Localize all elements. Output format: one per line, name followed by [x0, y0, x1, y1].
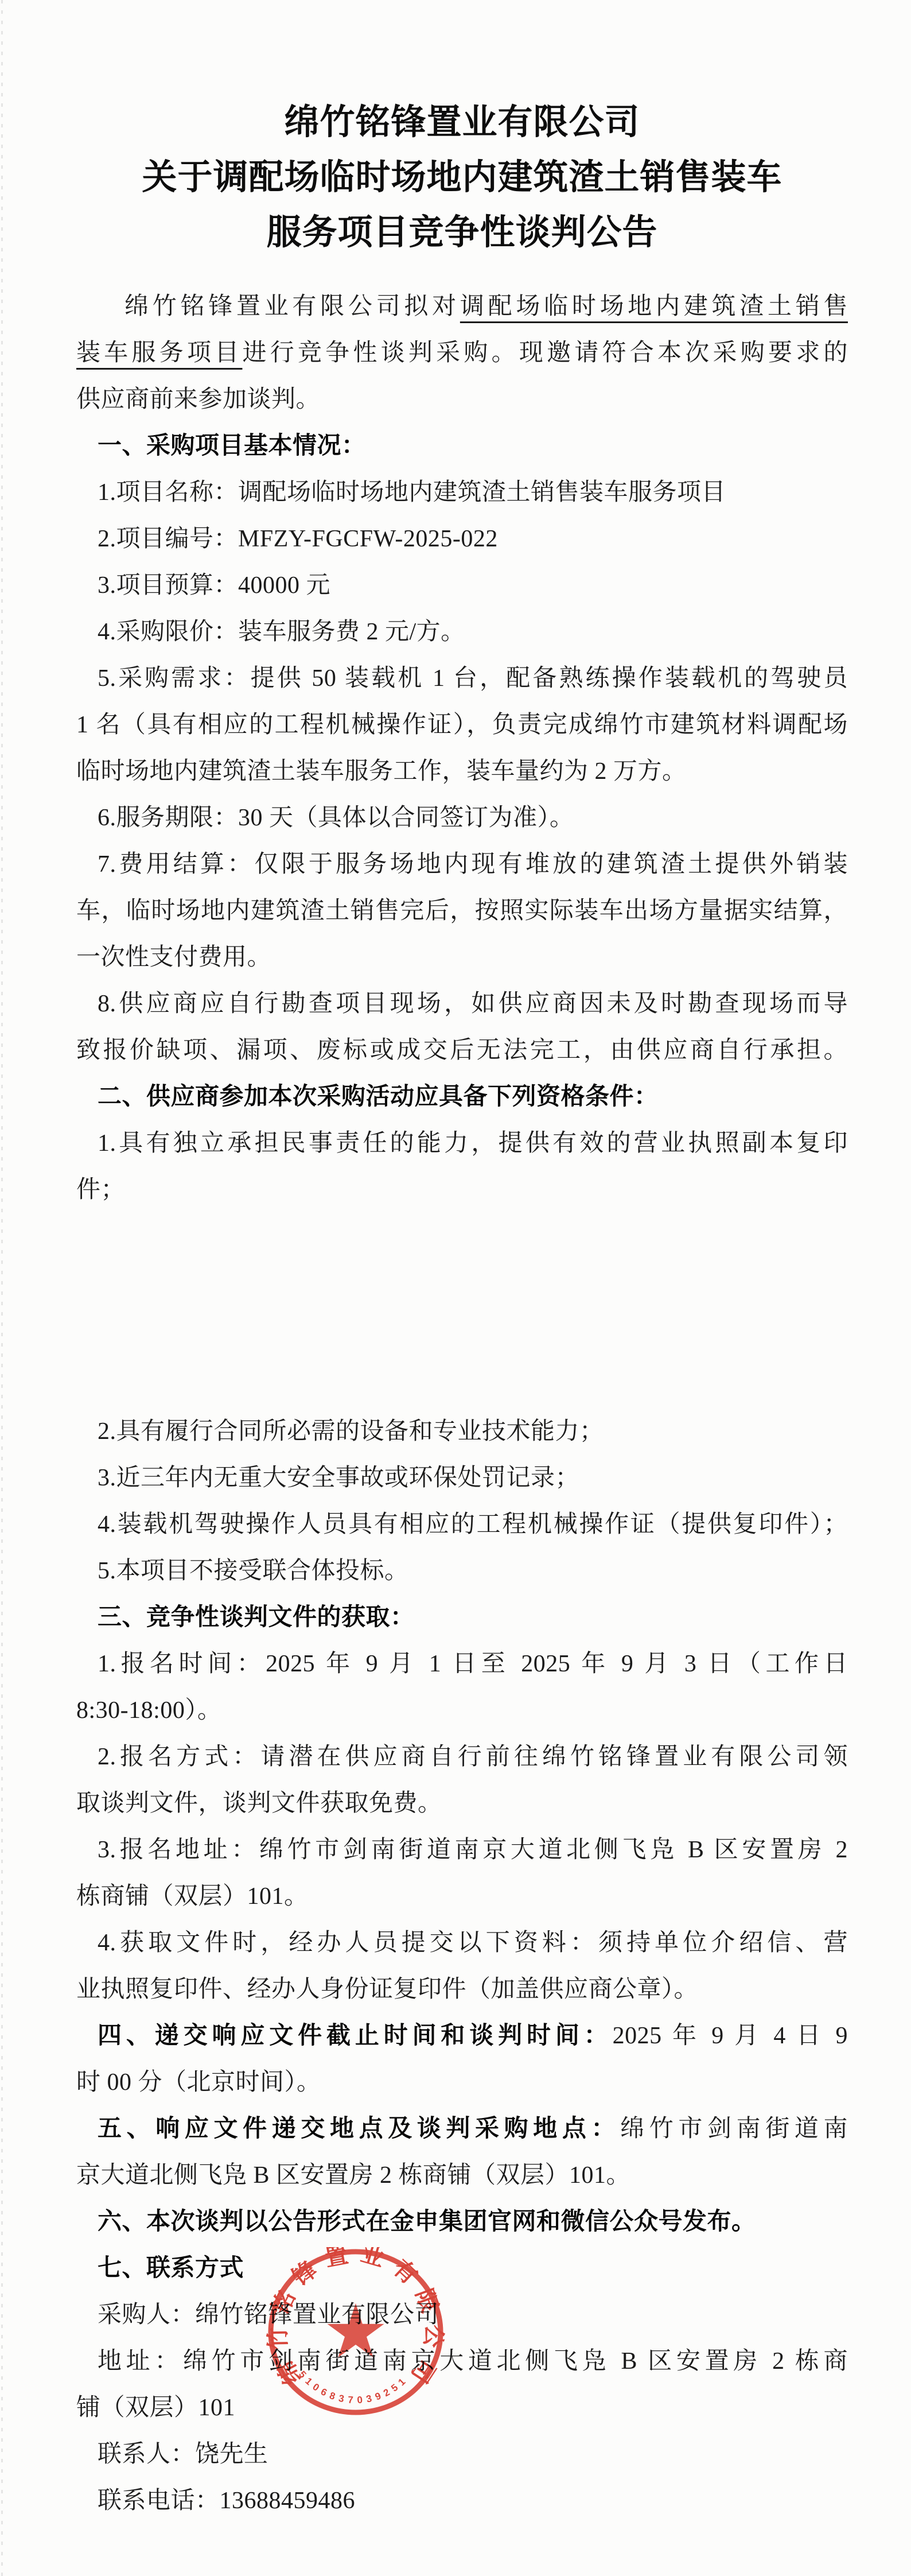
text-segment: 二、供应商参加本次采购活动应具备下列资格条件：	[98, 1084, 659, 1110]
text-segment: 绵竹铭锋置业有限公司	[284, 103, 640, 142]
text-line: 采购人：绵竹铭锋置业有限公司	[76, 2292, 848, 2338]
text-segment: 七、联系方式	[98, 2255, 244, 2282]
document-title-line: 绵竹铭锋置业有限公司	[76, 95, 848, 150]
text-segment: 车，临时场地内建筑渣土销售完后，按照实际装车出场方量据实结算，	[76, 898, 848, 924]
page-gap	[76, 261, 848, 284]
text-line: 4.采购限价：装车服务费 2 元/方。	[76, 609, 848, 655]
company-seal-stamp: 绵竹铭锋置业有限公司 5106837039251	[266, 2247, 445, 2417]
text-line: 4.装载机驾驶操作人员具有相应的工程机械操作证（提供复印件）；	[76, 1502, 848, 1548]
text-segment: 8.供应商应自行勘查项目现场，如供应商因未及时勘查现场而导	[98, 991, 848, 1017]
text-line: 装车服务项目进行竞争性谈判采购。现邀请符合本次采购要求的	[76, 330, 848, 377]
text-segment: 3.近三年内无重大安全事故或环保处罚记录；	[98, 1465, 579, 1491]
page-gap	[76, 1213, 848, 1409]
text-segment: 关于调配场临时场地内建筑渣土销售装车	[142, 158, 782, 197]
text-segment: 1.报名时间：2025 年 9 月 1 日至 2025 年 9 月 3 日（工作…	[98, 1651, 848, 1677]
text-line: 七、联系方式	[76, 2245, 848, 2292]
text-segment: 地址：绵竹市剑南街道南京大道北侧飞凫 B 区安置房 2 栋商	[98, 2348, 848, 2375]
text-line: 件；	[76, 1167, 848, 1213]
text-segment: 致报价缺项、漏项、废标或成交后无法完工，由供应商自行承担。	[76, 1037, 848, 1064]
text-line: 6.服务期限：30 天（具体以合同签订为准）。	[76, 795, 848, 841]
text-segment: 1.项目名称：调配场临时场地内建筑渣土销售装车服务项目	[98, 479, 726, 506]
text-line: 5.采购需求：提供 50 装载机 1 台，配备熟练操作装载机的驾驶员	[76, 655, 848, 702]
text-segment: 一次性支付费用。	[76, 944, 271, 971]
text-segment: 3.项目预算：40000 元	[98, 572, 330, 599]
text-segment: 供应商前来参加谈判。	[76, 386, 320, 413]
text-segment: 6.服务期限：30 天（具体以合同签订为准）。	[98, 805, 574, 831]
text-line: 京大道北侧飞凫 B 区安置房 2 栋商铺（双层）101。	[76, 2152, 848, 2199]
text-segment: 业执照复印件、经办人身份证复印件（加盖供应商公章）。	[76, 1976, 698, 2003]
underlined-text: 装车服务项目	[76, 340, 242, 366]
text-segment: 2025 年 9 月 4 日 9	[613, 2023, 848, 2049]
text-segment: 2.项目编号：MFZY-FGCFW-2025-022	[98, 526, 498, 552]
text-line: 2.报名方式：请潜在供应商自行前往绵竹铭锋置业有限公司领	[76, 1734, 848, 1780]
text-line: 绵竹铭锋置业有限公司拟对调配场临时场地内建筑渣土销售	[76, 284, 848, 330]
text-line: 联系电话：13688459486	[76, 2478, 848, 2524]
text-line: 1.报名时间：2025 年 9 月 1 日至 2025 年 9 月 3 日（工作…	[76, 1641, 848, 1687]
text-line: 8:30-18:00）。	[76, 1687, 848, 1734]
document-title-line: 关于调配场临时场地内建筑渣土销售装车	[76, 150, 848, 205]
text-line: 3.项目预算：40000 元	[76, 562, 848, 609]
text-line: 1.具有独立承担民事责任的能力，提供有效的营业执照副本复印	[76, 1120, 848, 1167]
text-line: 地址：绵竹市剑南街道南京大道北侧飞凫 B 区安置房 2 栋商	[76, 2338, 848, 2385]
document-content: 绵竹铭锋置业有限公司关于调配场临时场地内建筑渣土销售装车服务项目竞争性谈判公告绵…	[0, 0, 911, 2524]
text-segment: 4.获取文件时，经办人员提交以下资料：须持单位介绍信、营	[98, 1930, 848, 1956]
text-segment: 三、竞争性谈判文件的获取：	[98, 1604, 415, 1631]
seal-star-icon	[328, 2303, 384, 2357]
text-line: 铺（双层）101	[76, 2385, 848, 2431]
text-line: 1 名（具有相应的工程机械操作证），负责完成绵竹市建筑材料调配场	[76, 702, 848, 748]
text-line: 4.获取文件时，经办人员提交以下资料：须持单位介绍信、营	[76, 1920, 848, 1966]
text-line: 致报价缺项、漏项、废标或成交后无法完工，由供应商自行承担。	[76, 1027, 848, 1074]
text-segment: 五、响应文件递交地点及谈判采购地点：	[98, 2116, 620, 2142]
text-segment: 服务项目竞争性谈判公告	[266, 214, 657, 252]
text-segment: 取谈判文件，谈判文件获取免费。	[76, 1790, 442, 1817]
text-line: 一、采购项目基本情况：	[76, 423, 848, 470]
text-segment: 时 00 分（北京时间）。	[76, 2069, 321, 2096]
text-line: 8.供应商应自行勘查项目现场，如供应商因未及时勘查现场而导	[76, 981, 848, 1027]
text-segment: 1 名（具有相应的工程机械操作证），负责完成绵竹市建筑材料调配场	[76, 712, 848, 738]
text-line: 时 00 分（北京时间）。	[76, 2059, 848, 2106]
document-title-line: 服务项目竞争性谈判公告	[76, 205, 848, 261]
text-segment: 京大道北侧飞凫 B 区安置房 2 栋商铺（双层）101。	[76, 2162, 630, 2189]
text-segment: 7.费用结算：仅限于服务场地内现有堆放的建筑渣土提供外销装	[98, 851, 848, 878]
text-line: 六、本次谈判以公告形式在金申集团官网和微信公众号发布。	[76, 2199, 848, 2245]
text-segment: 临时场地内建筑渣土装车服务工作，装车量约为 2 万方。	[76, 758, 687, 785]
text-line: 3.近三年内无重大安全事故或环保处罚记录；	[76, 1455, 848, 1502]
text-line: 1.项目名称：调配场临时场地内建筑渣土销售装车服务项目	[76, 470, 848, 516]
text-line: 业执照复印件、经办人身份证复印件（加盖供应商公章）。	[76, 1966, 848, 2013]
text-line: 一次性支付费用。	[76, 934, 848, 981]
text-segment: 2.具有履行合同所必需的设备和专业技术能力；	[98, 1418, 604, 1445]
text-segment: 4.装载机驾驶操作人员具有相应的工程机械操作证（提供复印件）；	[98, 1511, 848, 1538]
text-line: 7.费用结算：仅限于服务场地内现有堆放的建筑渣土提供外销装	[76, 841, 848, 888]
text-line: 2.项目编号：MFZY-FGCFW-2025-022	[76, 516, 848, 562]
text-segment: 铺（双层）101	[76, 2395, 235, 2421]
text-segment: 绵竹铭锋置业有限公司拟对	[124, 293, 460, 320]
text-line: 供应商前来参加谈判。	[76, 377, 848, 423]
text-line: 联系人：饶先生	[76, 2431, 848, 2478]
text-segment: 进行竞争性谈判采购。现邀请符合本次采购要求的	[242, 340, 848, 366]
text-segment: 四、递交响应文件截止时间和谈判时间：	[98, 2023, 613, 2049]
text-line: 3.报名地址：绵竹市剑南街道南京大道北侧飞凫 B 区安置房 2	[76, 1827, 848, 1873]
text-line: 车，临时场地内建筑渣土销售完后，按照实际装车出场方量据实结算，	[76, 888, 848, 934]
text-segment: 5.采购需求：提供 50 装载机 1 台，配备熟练操作装载机的驾驶员	[98, 665, 848, 692]
text-segment: 8:30-18:00）。	[76, 1697, 221, 1724]
text-line: 栋商铺（双层）101。	[76, 1873, 848, 1920]
text-segment: 六、本次谈判以公告形式在金申集团官网和微信公众号发布。	[98, 2209, 756, 2235]
text-line: 二、供应商参加本次采购活动应具备下列资格条件：	[76, 1074, 848, 1120]
text-segment: 联系人：饶先生	[98, 2441, 268, 2468]
text-segment: 件；	[76, 1177, 125, 1203]
text-line: 四、递交响应文件截止时间和谈判时间：2025 年 9 月 4 日 9	[76, 2013, 848, 2059]
document-page: 绵竹铭锋置业有限公司关于调配场临时场地内建筑渣土销售装车服务项目竞争性谈判公告绵…	[0, 0, 911, 2576]
text-segment: 5.本项目不接受联合体投标。	[98, 1558, 409, 1584]
underlined-text: 调配场临时场地内建筑渣土销售	[460, 293, 848, 320]
text-line: 临时场地内建筑渣土装车服务工作，装车量约为 2 万方。	[76, 748, 848, 795]
text-segment: 3.报名地址：绵竹市剑南街道南京大道北侧飞凫 B 区安置房 2	[98, 1837, 848, 1863]
text-segment: 栋商铺（双层）101。	[76, 1883, 309, 1910]
text-segment: 联系电话：13688459486	[98, 2488, 355, 2514]
text-line: 2.具有履行合同所必需的设备和专业技术能力；	[76, 1409, 848, 1455]
text-segment: 一、采购项目基本情况：	[98, 433, 366, 459]
text-line: 五、响应文件递交地点及谈判采购地点：绵竹市剑南街道南	[76, 2106, 848, 2152]
text-line: 5.本项目不接受联合体投标。	[76, 1548, 848, 1595]
text-segment: 2.报名方式：请潜在供应商自行前往绵竹铭锋置业有限公司领	[98, 1744, 848, 1770]
text-segment: 绵竹市剑南街道南	[620, 2116, 848, 2142]
text-segment: 4.采购限价：装车服务费 2 元/方。	[98, 619, 465, 645]
text-line: 取谈判文件，谈判文件获取免费。	[76, 1780, 848, 1827]
text-segment: 1.具有独立承担民事责任的能力，提供有效的营业执照副本复印	[98, 1130, 848, 1157]
text-line: 三、竞争性谈判文件的获取：	[76, 1595, 848, 1641]
